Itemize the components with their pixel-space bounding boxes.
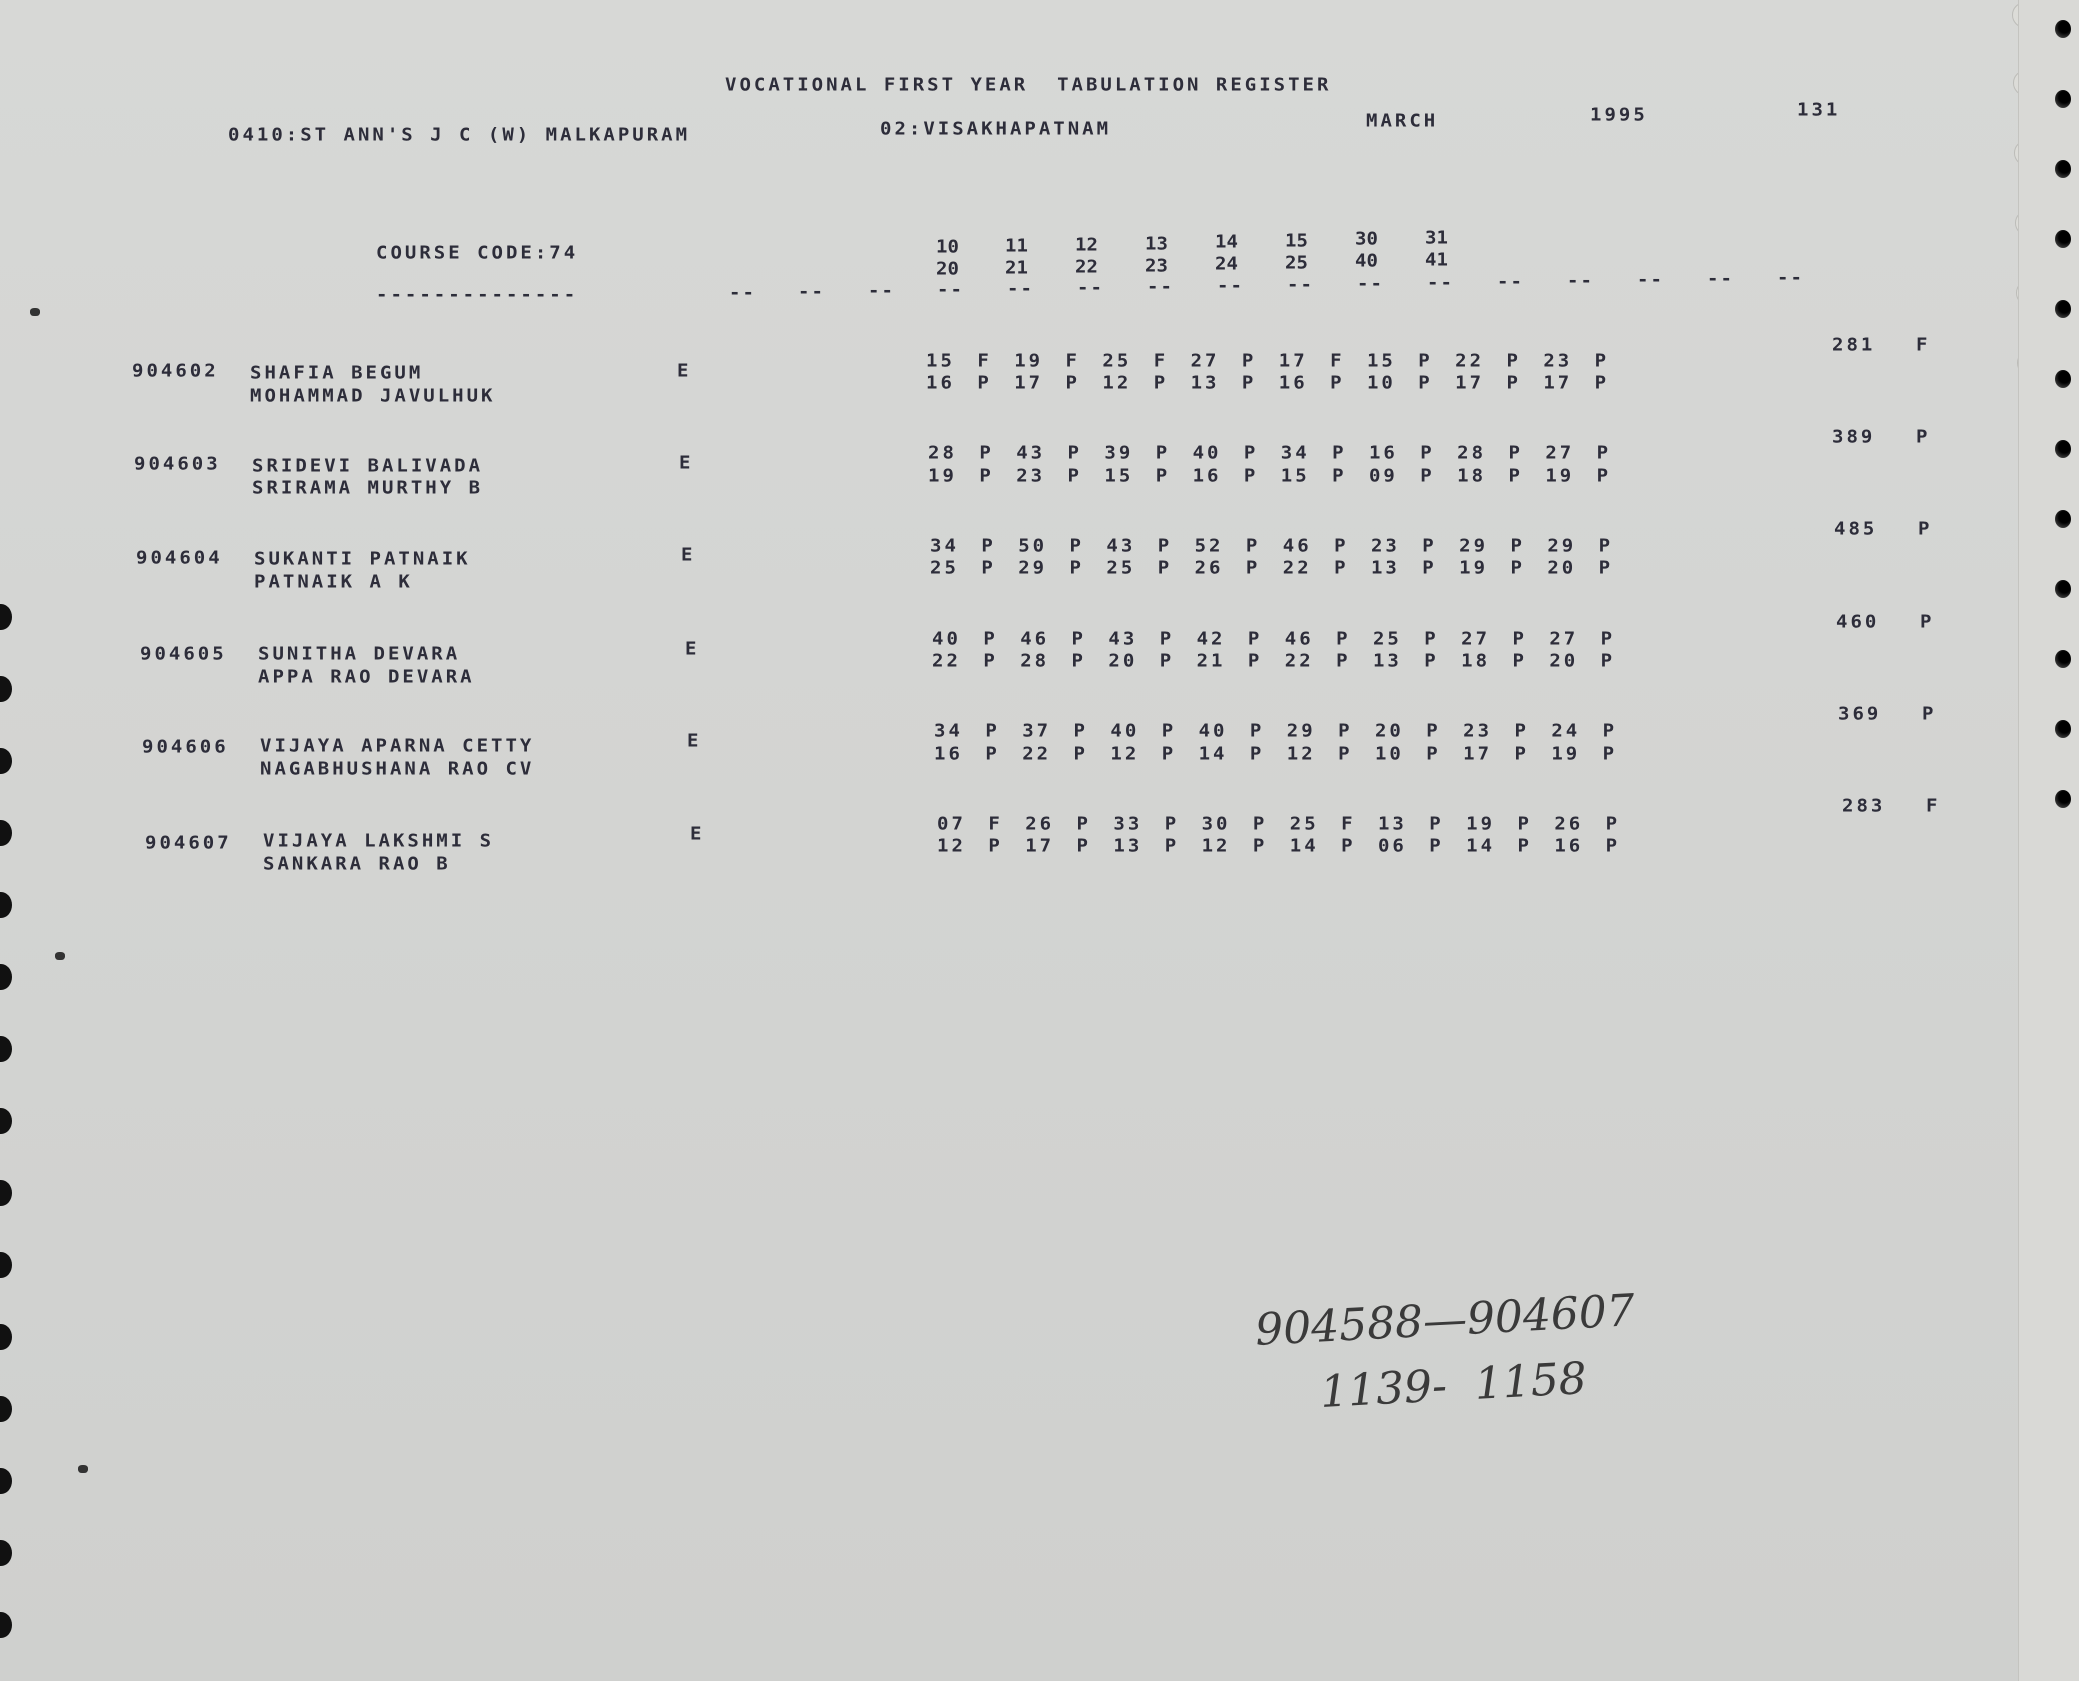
subject-code-bottom-6: 25: [1285, 253, 1308, 274]
column-dash: --: [1147, 277, 1174, 298]
subject-code-bottom-7: 40: [1355, 251, 1378, 272]
binder-ring: [2055, 720, 2071, 738]
column-dash: --: [1007, 279, 1034, 300]
result: F: [1916, 335, 1930, 356]
result: P: [1916, 427, 1930, 448]
subject-code-top-8: 31: [1425, 228, 1448, 249]
column-dash: --: [729, 283, 756, 304]
column-dash: --: [1637, 270, 1664, 291]
column-dash: --: [1287, 275, 1314, 296]
column-dash: --: [1497, 272, 1524, 293]
roll-number: 904606: [142, 737, 229, 758]
result: F: [1926, 796, 1940, 817]
medium: E: [687, 731, 701, 752]
exam-month: MARCH: [1366, 111, 1438, 132]
roll-number: 904602: [132, 361, 219, 382]
total-marks: 485: [1834, 519, 1877, 540]
subject-code-top-3: 12: [1075, 235, 1098, 256]
binding-hole: [0, 604, 12, 630]
column-dash: --: [1777, 268, 1804, 289]
parent-name: APPA RAO DEVARA: [258, 667, 475, 688]
subject-code-top-2: 11: [1005, 236, 1028, 257]
marks-row-1: 28 P 43 P 39 P 40 P 34 P 16 P 28 P 27 P: [928, 443, 1611, 464]
column-dash: --: [868, 281, 895, 302]
register-title: VOCATIONAL FIRST YEAR TABULATION REGISTE…: [725, 75, 1331, 96]
student-name: SHAFIA BEGUM: [250, 363, 423, 384]
binder-ring: [2055, 510, 2071, 528]
binding-hole: [0, 1540, 12, 1566]
column-dash: --: [1217, 276, 1244, 297]
marks-row-2: 19 P 23 P 15 P 16 P 15 P 09 P 18 P 19 P: [928, 466, 1611, 487]
page-number: 131: [1797, 100, 1840, 121]
student-name: VIJAYA LAKSHMI S: [263, 831, 494, 852]
total-marks: 389: [1832, 427, 1875, 448]
binding-hole: [0, 1324, 12, 1350]
column-dash: --: [937, 280, 964, 301]
total-marks: 460: [1836, 612, 1879, 633]
result: P: [1918, 519, 1932, 540]
student-name: SUKANTI PATNAIK: [254, 549, 471, 570]
binder-ring: [2055, 580, 2071, 598]
binding-hole: [0, 1396, 12, 1422]
parent-name: PATNAIK A K: [254, 572, 413, 593]
medium: E: [690, 824, 704, 845]
marks-row-1: 07 F 26 P 33 P 30 P 25 F 13 P 19 P 26 P: [937, 814, 1620, 835]
binding-hole: [0, 1612, 12, 1638]
subject-code-top-6: 15: [1285, 231, 1308, 252]
binding-hole: [0, 1108, 12, 1134]
total-marks: 283: [1842, 796, 1885, 817]
course-code-underline: --------------: [376, 285, 578, 306]
marks-row-1: 15 F 19 F 25 F 27 P 17 F 15 P 22 P 23 P: [926, 351, 1609, 372]
course-code: COURSE CODE:74: [376, 243, 578, 264]
binding-hole: [0, 1036, 12, 1062]
binding-hole: [0, 820, 12, 846]
medium: E: [685, 639, 699, 660]
roll-number: 904605: [140, 644, 227, 665]
roll-number: 904604: [136, 548, 223, 569]
medium: E: [681, 545, 695, 566]
column-dash: --: [1357, 274, 1384, 295]
paper-speck: [55, 952, 65, 960]
marks-row-2: 25 P 29 P 25 P 26 P 22 P 13 P 19 P 20 P: [930, 558, 1613, 579]
parent-name: NAGABHUSHANA RAO CV: [260, 759, 534, 780]
printed-register-sheet: VOCATIONAL FIRST YEAR TABULATION REGISTE…: [0, 0, 2060, 1681]
column-dash: --: [1707, 269, 1734, 290]
binder-ring: [2055, 440, 2071, 458]
total-marks: 281: [1832, 335, 1875, 356]
medium: E: [677, 361, 691, 382]
roll-number: 904607: [145, 833, 232, 854]
roll-number: 904603: [134, 454, 221, 475]
binding-hole: [0, 748, 12, 774]
district-name: 02:VISAKHAPATNAM: [880, 119, 1111, 140]
medium: E: [679, 453, 693, 474]
parent-name: MOHAMMAD JAVULHUK: [250, 386, 495, 407]
marks-row-2: 12 P 17 P 13 P 12 P 14 P 06 P 14 P 16 P: [937, 836, 1620, 857]
binder-ring: [2055, 650, 2071, 668]
exam-year: 1995: [1590, 105, 1648, 126]
binding-hole: [0, 964, 12, 990]
parent-name: SRIRAMA MURTHY B: [252, 478, 483, 499]
marks-row-2: 16 P 22 P 12 P 14 P 12 P 10 P 17 P 19 P: [934, 744, 1617, 765]
binder-edge: [2018, 0, 2079, 1681]
column-dash: --: [798, 282, 825, 303]
student-name: VIJAYA APARNA CETTY: [260, 736, 534, 757]
subject-code-bottom-4: 23: [1145, 256, 1168, 277]
result: P: [1922, 704, 1936, 725]
marks-row-2: 16 P 17 P 12 P 13 P 16 P 10 P 17 P 17 P: [926, 373, 1609, 394]
subject-code-bottom-5: 24: [1215, 254, 1238, 275]
college-name: 0410:ST ANN'S J C (W) MALKAPURAM: [228, 125, 690, 146]
subject-code-bottom-1: 20: [936, 259, 959, 280]
subject-code-top-1: 10: [936, 237, 959, 258]
binding-hole: [0, 1468, 12, 1494]
result: P: [1920, 612, 1934, 633]
binder-ring: [2055, 160, 2071, 178]
binding-hole: [0, 1180, 12, 1206]
column-dash: --: [1567, 271, 1594, 292]
binder-ring: [2055, 230, 2071, 248]
marks-row-2: 22 P 28 P 20 P 21 P 22 P 13 P 18 P 20 P: [932, 651, 1615, 672]
paper-speck: [30, 308, 40, 316]
marks-row-1: 40 P 46 P 43 P 42 P 46 P 25 P 27 P 27 P: [932, 629, 1615, 650]
subject-code-top-5: 14: [1215, 232, 1238, 253]
subject-code-top-4: 13: [1145, 234, 1168, 255]
binder-ring: [2055, 20, 2071, 38]
parent-name: SANKARA RAO B: [263, 854, 451, 875]
handwritten-roll-range: 904588—904607: [1254, 1285, 1636, 1356]
binding-hole: [0, 676, 12, 702]
binding-hole: [0, 892, 12, 918]
student-name: SUNITHA DEVARA: [258, 644, 460, 665]
total-marks: 369: [1838, 704, 1881, 725]
binder-ring: [2055, 790, 2071, 808]
marks-row-1: 34 P 37 P 40 P 40 P 29 P 20 P 23 P 24 P: [934, 721, 1617, 742]
binding-hole: [0, 1252, 12, 1278]
binder-ring: [2055, 90, 2071, 108]
marks-row-1: 34 P 50 P 43 P 52 P 46 P 23 P 29 P 29 P: [930, 536, 1613, 557]
binder-ring: [2055, 370, 2071, 388]
subject-code-bottom-8: 41: [1425, 250, 1448, 271]
subject-code-bottom-3: 22: [1075, 257, 1098, 278]
subject-code-top-7: 30: [1355, 229, 1378, 250]
column-dash: --: [1077, 278, 1104, 299]
paper-speck: [78, 1465, 88, 1473]
column-dash: --: [1427, 273, 1454, 294]
subject-code-bottom-2: 21: [1005, 258, 1028, 279]
student-name: SRIDEVI BALIVADA: [252, 456, 483, 477]
handwritten-serial-range: 1139- 1158: [1319, 1353, 1588, 1418]
binder-ring: [2055, 300, 2071, 318]
